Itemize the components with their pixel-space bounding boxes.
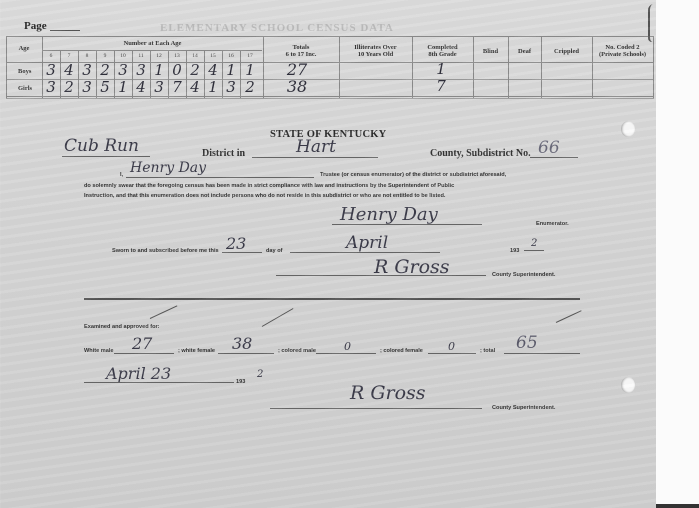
- boys-age-15: 4: [205, 61, 221, 79]
- col-line: [653, 36, 654, 98]
- girls-age-10: 1: [115, 78, 131, 96]
- punch-hole-bottom: [621, 377, 635, 393]
- totals-header-line1: Totals: [263, 44, 339, 51]
- year-line: [524, 250, 544, 251]
- white-female-label: ; white female: [178, 348, 215, 354]
- girls-age-13: 7: [169, 78, 185, 96]
- examined-approved-label: Examined and approved for:: [84, 324, 160, 330]
- age-10-header: 10: [115, 53, 131, 59]
- col-line: [473, 36, 474, 98]
- totals-header: Totals 6 to 17 Inc.: [263, 44, 339, 58]
- white-male-label: White male: [84, 348, 114, 354]
- pencil-mark: [262, 308, 294, 327]
- year-prefix: 193: [510, 248, 519, 254]
- illiterates-header-line1: Illiterates Over: [339, 44, 412, 51]
- sworn-month: April: [346, 233, 388, 253]
- boys-age-12: 1: [151, 61, 167, 79]
- approval-date: April 23: [106, 364, 171, 383]
- total-label: ; total: [480, 348, 495, 354]
- girls-age-12: 3: [151, 78, 167, 96]
- deaf-header: Deaf: [508, 48, 541, 55]
- superintendent-signature-line-2: [270, 408, 482, 409]
- county-subdistrict-label: County, Subdistrict No.: [430, 148, 531, 159]
- girls-age-11: 4: [133, 78, 149, 96]
- colored-male-label: ; colored male: [278, 348, 316, 354]
- boys-age-16: 1: [223, 61, 239, 79]
- white-male-count: 27: [132, 334, 152, 353]
- age-7-header: 7: [61, 53, 77, 59]
- total-line: [504, 353, 580, 354]
- girls-age-8: 3: [79, 78, 95, 96]
- boys-age-17: 1: [242, 61, 258, 79]
- girls-age-9: 5: [97, 78, 113, 96]
- i-label: I,: [120, 172, 123, 178]
- boys-age-8: 3: [79, 61, 95, 79]
- girls-age-16: 3: [223, 78, 239, 96]
- completed-8th-grade-header: Completed 8th Grade: [412, 44, 473, 58]
- approval-date-line: [84, 382, 234, 383]
- oath-line-2: do solemnly swear that the foregoing cen…: [84, 183, 454, 189]
- district-in-label: District in: [202, 148, 245, 159]
- district-name: Cub Run: [64, 136, 139, 156]
- approval-year-suffix: 2: [257, 369, 263, 380]
- enumerator-label: Enumerator.: [536, 221, 569, 227]
- page-label: Page: [24, 20, 47, 32]
- age-16-header: 16: [223, 53, 239, 59]
- girls-age-15: 1: [205, 78, 221, 96]
- superintendent-label-1: County Superintendent.: [492, 272, 555, 278]
- page-number-field: [50, 30, 80, 31]
- boys-row-label: Boys: [18, 68, 31, 75]
- scan-background: [656, 0, 699, 508]
- year-suffix: 2: [531, 238, 537, 249]
- number-at-each-age-header: Number at Each Age: [42, 40, 263, 47]
- colored-female-count: 0: [448, 340, 455, 353]
- age-9-header: 9: [97, 53, 113, 59]
- girls-age-6: 3: [43, 78, 59, 96]
- superintendent-signature-2: R Gross: [350, 382, 426, 404]
- crippled-header: Crippled: [541, 48, 592, 55]
- blind-header: Blind: [473, 48, 508, 55]
- totals-header-line2: 6 to 17 Inc.: [263, 51, 339, 58]
- section-divider: [84, 298, 580, 300]
- table-border-bottom-2: [6, 98, 654, 99]
- col-line: [240, 50, 241, 98]
- boys-age-14: 2: [187, 61, 203, 79]
- girls-completed-8th: 7: [426, 77, 456, 95]
- sworn-label: Sworn to and subscribed before me this: [112, 248, 219, 254]
- sworn-day: 23: [226, 234, 246, 253]
- illiterates-header: Illiterates Over 10 Years Old: [339, 44, 412, 58]
- white-female-count: 38: [232, 334, 252, 353]
- age-6-header: 6: [43, 53, 59, 59]
- boys-age-7: 4: [61, 61, 77, 79]
- white-male-line: [114, 353, 174, 354]
- boys-age-10: 3: [115, 61, 131, 79]
- oath-line-3: Instruction, and that this enumeration d…: [84, 193, 445, 199]
- total-count: 65: [516, 333, 538, 353]
- age-8-header: 8: [79, 53, 95, 59]
- torn-edge: [648, 3, 656, 43]
- trustee-name-line: [126, 177, 314, 178]
- superintendent-label-2: County Superintendent.: [492, 405, 555, 411]
- age-12-header: 12: [151, 53, 167, 59]
- colored-female-label: ; colored female: [380, 348, 423, 354]
- white-female-line: [218, 353, 274, 354]
- enumerator-signature-line: [332, 224, 482, 225]
- coded-header-line1: No. Coded 2: [592, 44, 653, 51]
- faded-header-text: ELEMENTARY SCHOOL CENSUS DATA: [160, 22, 394, 34]
- age-14-header: 14: [187, 53, 203, 59]
- colored-male-count: 0: [344, 340, 351, 353]
- census-form-sheet: ELEMENTARY SCHOOL CENSUS DATA Page: [0, 0, 656, 508]
- col-line: [541, 36, 542, 98]
- girls-total: 38: [282, 77, 312, 96]
- pencil-mark: [556, 310, 582, 323]
- boys-completed-8th: 1: [426, 60, 456, 78]
- table-border-top: [6, 36, 654, 37]
- col-line: [508, 36, 509, 98]
- county-name: Hart: [296, 137, 336, 157]
- age-subheader-line: [42, 50, 262, 51]
- coded-header-line2: (Private Schools): [592, 51, 653, 58]
- coded-2-header: No. Coded 2 (Private Schools): [592, 44, 653, 58]
- scan-edge: [656, 504, 699, 508]
- pencil-mark: [150, 305, 178, 319]
- day-of-label: day of: [266, 248, 282, 254]
- age-17-header: 17: [242, 53, 258, 59]
- girls-age-7: 2: [61, 78, 77, 96]
- girls-age-14: 4: [187, 78, 203, 96]
- boys-age-6: 3: [43, 61, 59, 79]
- boys-age-9: 2: [97, 61, 113, 79]
- punch-hole-top: [621, 121, 635, 137]
- enumerator-signature: Henry Day: [340, 204, 438, 225]
- age-header: Age: [6, 45, 42, 52]
- girls-age-17: 2: [242, 78, 258, 96]
- illiterates-header-line2: 10 Years Old: [339, 51, 412, 58]
- age-13-header: 13: [169, 53, 185, 59]
- approval-year-prefix: 193: [236, 379, 245, 385]
- age-11-header: 11: [133, 53, 149, 59]
- trustee-name: Henry Day: [130, 160, 206, 176]
- subdistrict-number: 66: [538, 138, 560, 158]
- girls-row-label: Girls: [18, 85, 32, 92]
- age-15-header: 15: [205, 53, 221, 59]
- county-name-line: [252, 157, 378, 158]
- superintendent-signature-line-1: [276, 275, 486, 276]
- colored-male-line: [316, 353, 376, 354]
- boys-age-11: 3: [133, 61, 149, 79]
- district-name-line: [62, 156, 150, 157]
- completed-header-line2: 8th Grade: [412, 51, 473, 58]
- boys-age-13: 0: [169, 61, 185, 79]
- table-border-bottom: [6, 96, 654, 97]
- colored-female-line: [428, 353, 476, 354]
- completed-header-line1: Completed: [412, 44, 473, 51]
- oath-line-1: Trustee (or census enumerator) of the di…: [320, 172, 506, 178]
- census-tally-table: Age Number at Each Age 6 7 8 9 10 11 12 …: [6, 36, 654, 98]
